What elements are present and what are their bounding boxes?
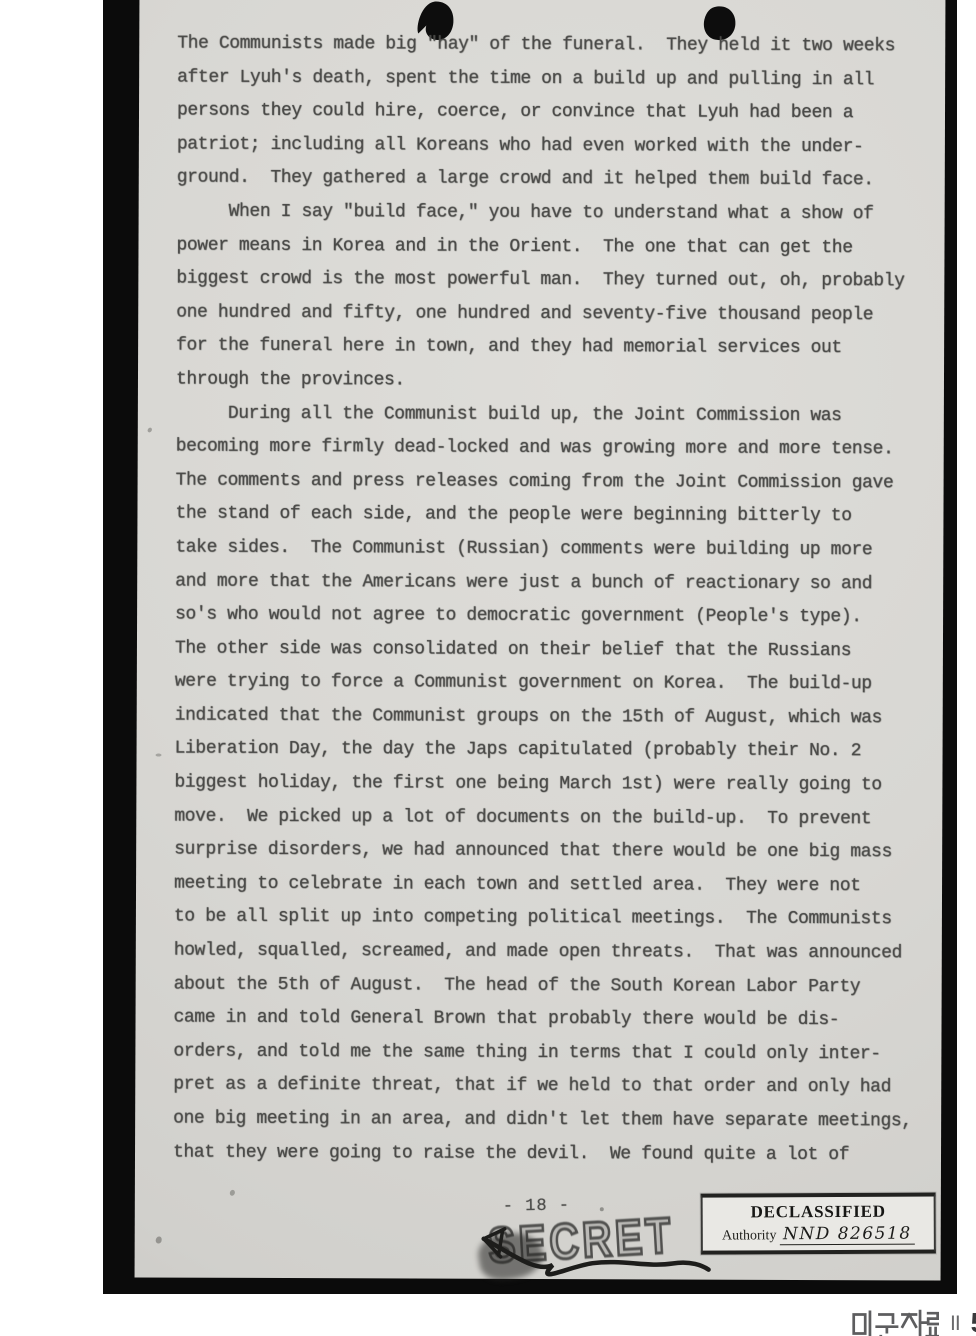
scan-speck <box>156 1237 162 1244</box>
typed-line: The comments and press releases coming f… <box>176 464 915 500</box>
declassified-authority: Authority NND 826518 <box>703 1224 934 1245</box>
typed-line: howled, squalled, screamed, and made ope… <box>174 935 913 971</box>
scanned-document: The Communists made big "hay" of the fun… <box>103 0 957 1294</box>
typed-line: came in and told General Brown that prob… <box>173 1002 912 1038</box>
declassified-title: DECLASSIFIED <box>703 1202 934 1223</box>
typed-line: pret as a definite threat, that if we he… <box>173 1069 912 1105</box>
typed-line: becoming more firmly dead-locked and was… <box>176 431 915 467</box>
typed-line: after Lyuh's death, spent the time on a … <box>177 61 916 97</box>
typed-line: indicated that the Communist groups on t… <box>175 699 914 735</box>
typed-line: for the funeral here in town, and they h… <box>176 330 915 366</box>
authority-number: NND 826518 <box>780 1224 915 1246</box>
typed-line: meeting to celebrate in each town and se… <box>174 867 913 903</box>
typed-line: ground. They gathered a large crowd and … <box>177 162 916 198</box>
typed-line: that they were going to raise the devil.… <box>173 1136 912 1172</box>
book-caption: II 51 <box>851 1309 976 1336</box>
caption-page-number: 51 <box>971 1309 976 1336</box>
typed-line: so's who would not agree to democratic g… <box>175 599 914 635</box>
scan-speck <box>156 754 162 757</box>
typed-line: were trying to force a Communist governm… <box>175 666 914 702</box>
scan-speck <box>600 1207 604 1211</box>
typed-line: Liberation Day, the day the Japs capitul… <box>174 733 913 769</box>
typed-line: biggest holiday, the first one being Mar… <box>174 767 913 803</box>
paper-sheet: The Communists made big "hay" of the fun… <box>135 0 946 1281</box>
typed-line: through the provinces. <box>176 364 915 400</box>
screenshot-root: { "scan": { "typed_lines": [ "The Commun… <box>0 0 976 1336</box>
typed-line: power means in Korea and in the Orient. … <box>176 229 915 265</box>
typed-line: persons they could hire, coerce, or conv… <box>177 95 916 131</box>
typed-line: take sides. The Communist (Russian) comm… <box>175 532 914 568</box>
scan-speck <box>229 1189 236 1196</box>
scribble-cross-out-icon <box>468 1215 728 1294</box>
scan-speck <box>147 427 153 433</box>
typed-line: and more that the Americans were just a … <box>175 565 914 601</box>
typed-line: one big meeting in an area, and didn't l… <box>173 1103 912 1139</box>
typed-line: The Communists made big "hay" of the fun… <box>177 28 916 64</box>
typed-line: biggest crowd is the most powerful man. … <box>176 263 915 299</box>
typed-line: orders, and told me the same thing in te… <box>173 1035 912 1071</box>
declassified-stamp: DECLASSIFIED Authority NND 826518 <box>701 1192 936 1254</box>
authority-label: Authority <box>722 1228 777 1243</box>
typed-text: The Communists made big "hay" of the fun… <box>173 28 916 1173</box>
typed-line: about the 5th of August. The head of the… <box>174 968 913 1004</box>
typed-line: patriot; including all Koreans who had e… <box>177 128 916 164</box>
typed-line: When I say "build face," you have to und… <box>177 196 916 232</box>
typed-line: move. We picked up a lot of documents on… <box>174 800 913 836</box>
typed-line: to be all split up into competing politi… <box>174 901 913 937</box>
korean-caption-series <box>851 1309 939 1336</box>
typed-line: surprise disorders, we had announced tha… <box>174 834 913 870</box>
typed-line: During all the Communist build up, the J… <box>176 397 915 433</box>
typed-line: one hundred and fifty, one hundred and s… <box>176 296 915 332</box>
caption-volume: II <box>950 1313 960 1334</box>
typed-line: the stand of each side, and the people w… <box>175 498 914 534</box>
typed-line: The other side was consolidated on their… <box>175 632 914 668</box>
